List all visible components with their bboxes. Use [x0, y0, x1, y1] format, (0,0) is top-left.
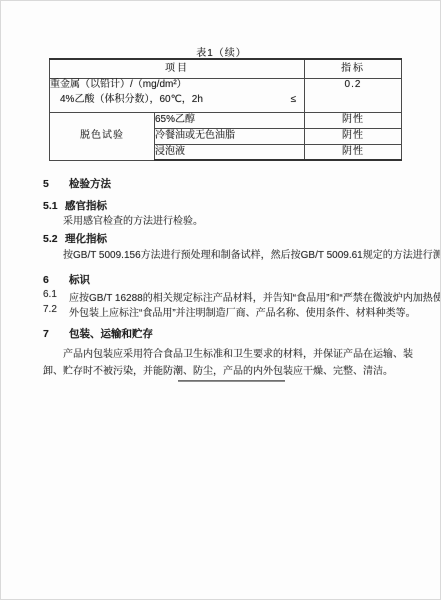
- section-title: 理化指标: [65, 233, 107, 245]
- item-text: 外包装上应标注“食品用”并注明制造厂商、产品名称、使用条件、材料种类等。: [69, 304, 416, 319]
- column-header-indicator: 指标: [305, 59, 402, 78]
- table-header-row: 项目 指标: [50, 59, 402, 78]
- heavy-metal-item-cell: 重金属（以铅计）/（mg/dm²） 4%乙酸（体积分数），60℃，2h ≤: [50, 78, 305, 112]
- section-title: 包装、运输和贮存: [69, 328, 153, 340]
- heavy-metal-indicator-value: 0.2: [305, 78, 402, 112]
- section-5-heading: 5检验方法: [43, 176, 111, 191]
- decolor-item-name: 浸泡液: [155, 144, 305, 160]
- decolor-test-group-label: 脱色试验: [50, 112, 155, 160]
- table-caption: 表1（续）: [1, 44, 441, 59]
- section-7-heading: 7包装、运输和贮存: [43, 326, 153, 341]
- heavy-metal-line2: 4%乙酸（体积分数），60℃，2h: [60, 94, 203, 107]
- decolor-item-name: 65%乙醇: [155, 112, 305, 128]
- section-title: 感官指标: [65, 200, 107, 212]
- section-6-heading: 6标识: [43, 272, 90, 287]
- decolor-item-name: 冷餐油或无色油脂: [155, 128, 305, 144]
- column-header-item: 项目: [50, 59, 305, 78]
- item-number: 7.2: [43, 304, 69, 319]
- heavy-metal-line2-wrap: 4%乙酸（体积分数），60℃，2h ≤: [50, 94, 304, 107]
- document-page: 表1（续） 项目 指标 重金属（以铅计）/（mg/dm²） 4%乙酸（体积分数）…: [0, 0, 441, 600]
- section-5-1-body: 采用感官检查的方法进行检验。: [43, 213, 419, 230]
- spec-table: 项目 指标 重金属（以铅计）/（mg/dm²） 4%乙酸（体积分数），60℃，2…: [49, 58, 402, 161]
- table-row-decolor-1: 脱色试验 65%乙醇 阴性: [50, 112, 402, 128]
- section-title: 标识: [69, 274, 90, 286]
- end-of-document-line: [178, 380, 285, 382]
- less-equal-operator: ≤: [291, 94, 297, 107]
- section-number: 5.1: [43, 200, 65, 212]
- section-number: 5.2: [43, 233, 65, 245]
- section-title: 检验方法: [69, 178, 111, 190]
- item-6-1: 6.1 应按GB/T 16288的相关规定标注产品材料，并告知“食品用”和“严禁…: [43, 289, 441, 304]
- decolor-item-indicator: 阴性: [305, 128, 402, 144]
- section-number: 6: [43, 274, 69, 286]
- section-7-body: 产品内包装应采用符合食品卫生标准和卫生要求的材料，并保证产品在运输、装卸、贮存时…: [43, 346, 419, 380]
- decolor-item-indicator: 阴性: [305, 144, 402, 160]
- item-text: 应按GB/T 16288的相关规定标注产品材料，并告知“食品用”和“严禁在微波炉…: [69, 289, 441, 304]
- section-number: 7: [43, 328, 69, 340]
- decolor-item-indicator: 阴性: [305, 112, 402, 128]
- heavy-metal-line1: 重金属（以铅计）/（mg/dm²）: [50, 79, 304, 92]
- item-number: 6.1: [43, 289, 69, 304]
- section-5-1-heading: 5.1感官指标: [43, 198, 107, 213]
- item-7-2: 7.2 外包装上应标注“食品用”并注明制造厂商、产品名称、使用条件、材料种类等。: [43, 304, 416, 319]
- section-5-2-heading: 5.2理化指标: [43, 231, 107, 246]
- section-number: 5: [43, 178, 69, 190]
- section-5-2-body: 按GB/T 5009.156方法进行预处理和制备试样，然后按GB/T 5009.…: [43, 247, 419, 264]
- table-row-heavy-metal: 重金属（以铅计）/（mg/dm²） 4%乙酸（体积分数），60℃，2h ≤ 0.…: [50, 78, 402, 112]
